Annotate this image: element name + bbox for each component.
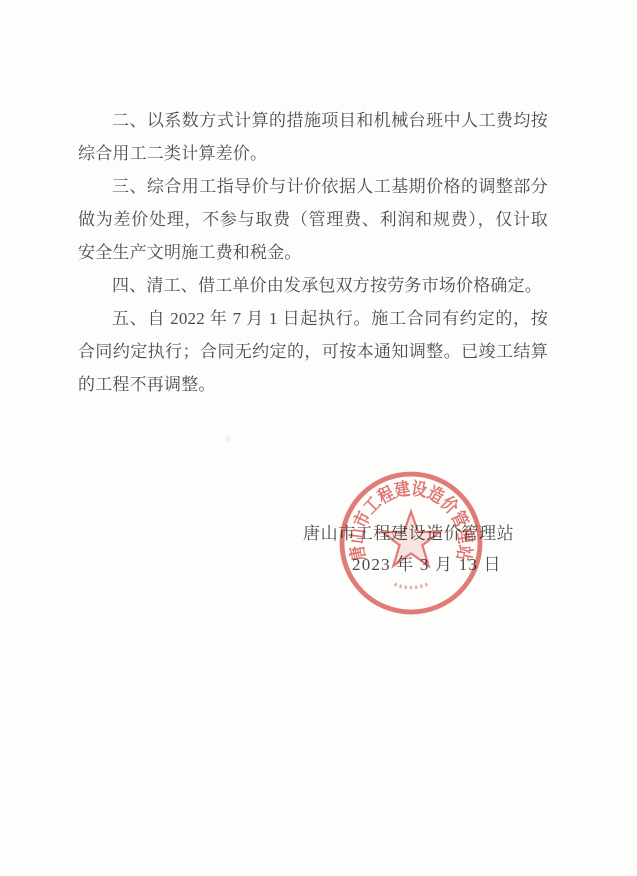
signature-organization: 唐山市工程建设造价管理站 [303,524,514,544]
signature-block: 唐山市工程建设造价管理站 2023 年 3 月 13 日 [0,0,637,876]
signature-date: 2023 年 3 月 13 日 [352,555,502,575]
document-page: 二、以系数方式计算的措施项目和机械台班中人工费均按综合用工二类计算差价。 三、综… [0,0,637,876]
